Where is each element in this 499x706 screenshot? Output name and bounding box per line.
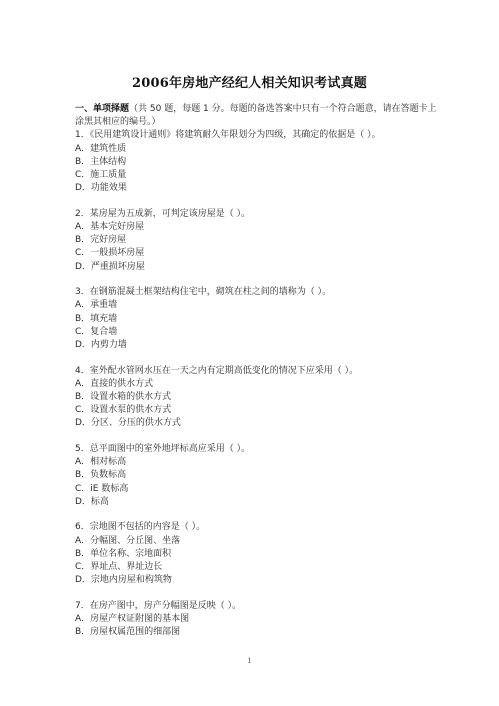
question-stem: 3．在钢筋混凝土框架结构住宅中，砌筑在柱之间的墙称为（ ）。 xyxy=(75,286,435,299)
option-a: A．承重墙 xyxy=(75,299,435,312)
option-b: B．负数标高 xyxy=(75,469,435,482)
option-c: C．设置水泵的供水方式 xyxy=(75,404,435,417)
question-stem: 1．《民用建筑设计通则》将建筑耐久年限划分为四级，其确定的依据是（ ）。 xyxy=(75,129,435,142)
option-d: D．标高 xyxy=(75,496,435,509)
option-a: A．分幅图、分丘图、坐落 xyxy=(75,535,435,548)
question-stem: 4．室外配水管网水压在一天之内有定期高低变化的情况下应采用（ ）。 xyxy=(75,365,435,378)
page-number: 1 xyxy=(0,657,499,665)
option-b: B．设置水箱的供水方式 xyxy=(75,391,435,404)
option-b: B．主体结构 xyxy=(75,156,435,169)
option-a: A．直接的供水方式 xyxy=(75,378,435,391)
option-d: D．功能效果 xyxy=(75,182,435,195)
question-4: 4．室外配水管网水压在一天之内有定期高低变化的情况下应采用（ ）。 A．直接的供… xyxy=(75,365,435,431)
option-c: C．界址点、界址边长 xyxy=(75,561,435,574)
option-a: A．房屋产权证附图的基本图 xyxy=(75,613,435,626)
document-page: 2006年房地产经纪人相关知识考试真题 一、单项择题（共 50 题，每题 1 分… xyxy=(0,0,499,706)
option-c: C．一般损坏房屋 xyxy=(75,247,435,260)
option-a: A．建筑性质 xyxy=(75,143,435,156)
option-d: D．分区、分压的供水方式 xyxy=(75,417,435,430)
option-c: C．iE 数标高 xyxy=(75,483,435,496)
option-a: A．基本完好房屋 xyxy=(75,221,435,234)
question-2: 2．某房屋为五成新，可判定该房屋是（ ）。 A．基本完好房屋 B．完好房屋 C．… xyxy=(75,208,435,274)
document-body: 一、单项择题（共 50 题，每题 1 分。每题的备选答案中只有一个符合题意，请在… xyxy=(75,103,435,639)
option-c: C．施工质量 xyxy=(75,169,435,182)
question-7: 7．在房产图中，房产分幅图是反映（ ）。 A．房屋产权证附图的基本图 B．房屋权… xyxy=(75,600,435,640)
section-instructions-cont: 涂黑其相应的编号。） xyxy=(75,116,435,129)
option-b: B．完好房屋 xyxy=(75,234,435,247)
question-6: 6．宗地图不包括的内容是（ ）。 A．分幅图、分丘图、坐落 B．单位名称、宗地面… xyxy=(75,521,435,587)
option-b: B．填充墙 xyxy=(75,313,435,326)
section-instructions: （共 50 题，每题 1 分。每题的备选答案中只有一个符合题意，请在答题卡上 xyxy=(129,104,437,114)
option-b: B．房屋权属范围的细部图 xyxy=(75,626,435,639)
section-header: 一、单项择题（共 50 题，每题 1 分。每题的备选答案中只有一个符合题意，请在… xyxy=(75,103,435,129)
option-a: A．相对标高 xyxy=(75,456,435,469)
question-stem: 5．总平面图中的室外地坪标高应采用（ ）。 xyxy=(75,443,435,456)
question-1: 1．《民用建筑设计通则》将建筑耐久年限划分为四级，其确定的依据是（ ）。 A．建… xyxy=(75,129,435,195)
option-c: C．复合墙 xyxy=(75,326,435,339)
document-title: 2006年房地产经纪人相关知识考试真题 xyxy=(0,72,499,91)
question-stem: 2．某房屋为五成新，可判定该房屋是（ ）。 xyxy=(75,208,435,221)
section-title: 一、单项择题 xyxy=(75,104,129,114)
option-d: D．严重损坏房屋 xyxy=(75,261,435,274)
question-stem: 7．在房产图中，房产分幅图是反映（ ）。 xyxy=(75,600,435,613)
option-d: D．内剪力墙 xyxy=(75,339,435,352)
question-5: 5．总平面图中的室外地坪标高应采用（ ）。 A．相对标高 B．负数标高 C．iE… xyxy=(75,443,435,509)
question-stem: 6．宗地图不包括的内容是（ ）。 xyxy=(75,521,435,534)
question-3: 3．在钢筋混凝土框架结构住宅中，砌筑在柱之间的墙称为（ ）。 A．承重墙 B．填… xyxy=(75,286,435,352)
option-b: B．单位名称、宗地面积 xyxy=(75,548,435,561)
option-d: D．宗地内房屋和构筑物 xyxy=(75,574,435,587)
